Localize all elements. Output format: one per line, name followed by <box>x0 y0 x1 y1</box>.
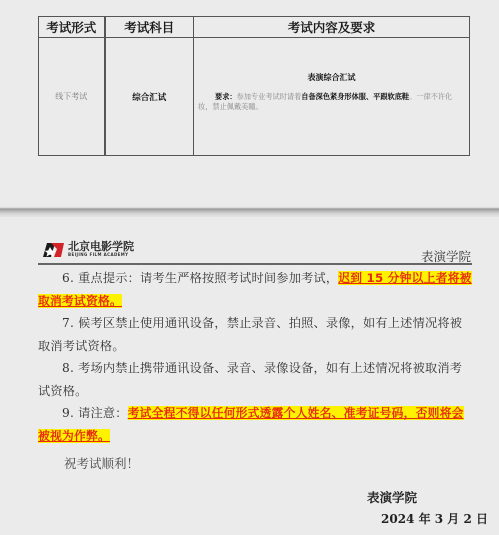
notice-document: 北京电影学院 BEIJING FILM ACADEMY 表演学院 6. 重点提示… <box>0 217 499 535</box>
notice-number: 6. <box>62 271 74 285</box>
notice-text: 候考区禁止使用通讯设备，禁止录音、拍照、录像，如有上述情况将被取消考试资格。 <box>38 316 462 353</box>
signature-department: 表演学院 <box>367 488 417 506</box>
notice-number: 8. <box>62 361 74 375</box>
notice-number: 7. <box>62 316 74 330</box>
exam-table: 考试形式 考试科目 考试内容及要求 线下考试 综合汇试 表演综合汇试 要求：参加… <box>38 16 470 156</box>
notice-text: 考场内禁止携带通讯设备、录音、录像设备，如有上述情况将被取消考试资格。 <box>38 361 462 398</box>
signature-date: 2024 年 3 月 2 日 <box>381 510 488 527</box>
closing-wish: 祝考试顺利！ <box>64 454 139 472</box>
header-exam-subject: 考试科目 <box>105 17 194 38</box>
logo-english-name: BEIJING FILM ACADEMY <box>68 252 134 258</box>
page-divider <box>0 207 499 217</box>
cell-exam-form: 线下考试 <box>39 38 105 156</box>
notice-item-7: 7. 候考区禁止使用通讯设备，禁止录音、拍照、录像，如有上述情况将被取消考试资格… <box>38 312 474 358</box>
cell-exam-subject: 综合汇试 <box>105 38 194 156</box>
bfa-star-logo-icon <box>41 242 65 258</box>
logo-chinese-name: 北京电影学院 <box>68 241 134 252</box>
header-rule <box>38 263 472 265</box>
requirement-label: 要求： <box>215 92 237 101</box>
notice-item-6: 6. 重点提示：请考生严格按照考试时间参加考试，迟到 15 分钟以上者将被取消考… <box>38 267 474 313</box>
notice-item-9: 9. 请注意：考试全程不得以任何形式透露个人姓名、准考证号码，否则将会被视为作弊… <box>38 402 474 448</box>
content-requirement: 要求：参加专业考试时请着自备深色紧身形体服、平跟软底鞋。一律不许化妆，禁止佩戴美… <box>198 92 465 112</box>
header-exam-form: 考试形式 <box>39 17 105 38</box>
exam-table-panel: 考试形式 考试科目 考试内容及要求 线下考试 综合汇试 表演综合汇试 要求：参加… <box>0 0 499 205</box>
requirement-text-1: 参加专业考试时请着 <box>237 92 302 101</box>
cell-exam-content: 表演综合汇试 要求：参加专业考试时请着自备深色紧身形体服、平跟软底鞋。一律不许化… <box>194 38 470 156</box>
notice-number: 9. <box>62 406 74 420</box>
requirement-bold: 自备深色紧身形体服、平跟软底鞋 <box>301 92 409 101</box>
bfa-logo: 北京电影学院 BEIJING FILM ACADEMY <box>41 241 134 258</box>
table-row: 线下考试 综合汇试 表演综合汇试 要求：参加专业考试时请着自备深色紧身形体服、平… <box>39 38 470 156</box>
table-header-row: 考试形式 考试科目 考试内容及要求 <box>39 17 470 38</box>
header-exam-content: 考试内容及要求 <box>194 17 470 38</box>
notice-text: 重点提示：请考生严格按照考试时间参加考试， <box>78 271 338 285</box>
content-title: 表演综合汇试 <box>198 72 465 83</box>
notice-item-8: 8. 考场内禁止携带通讯设备、录音、录像设备，如有上述情况将被取消考试资格。 <box>38 357 474 403</box>
notice-text: 请注意： <box>78 406 128 420</box>
